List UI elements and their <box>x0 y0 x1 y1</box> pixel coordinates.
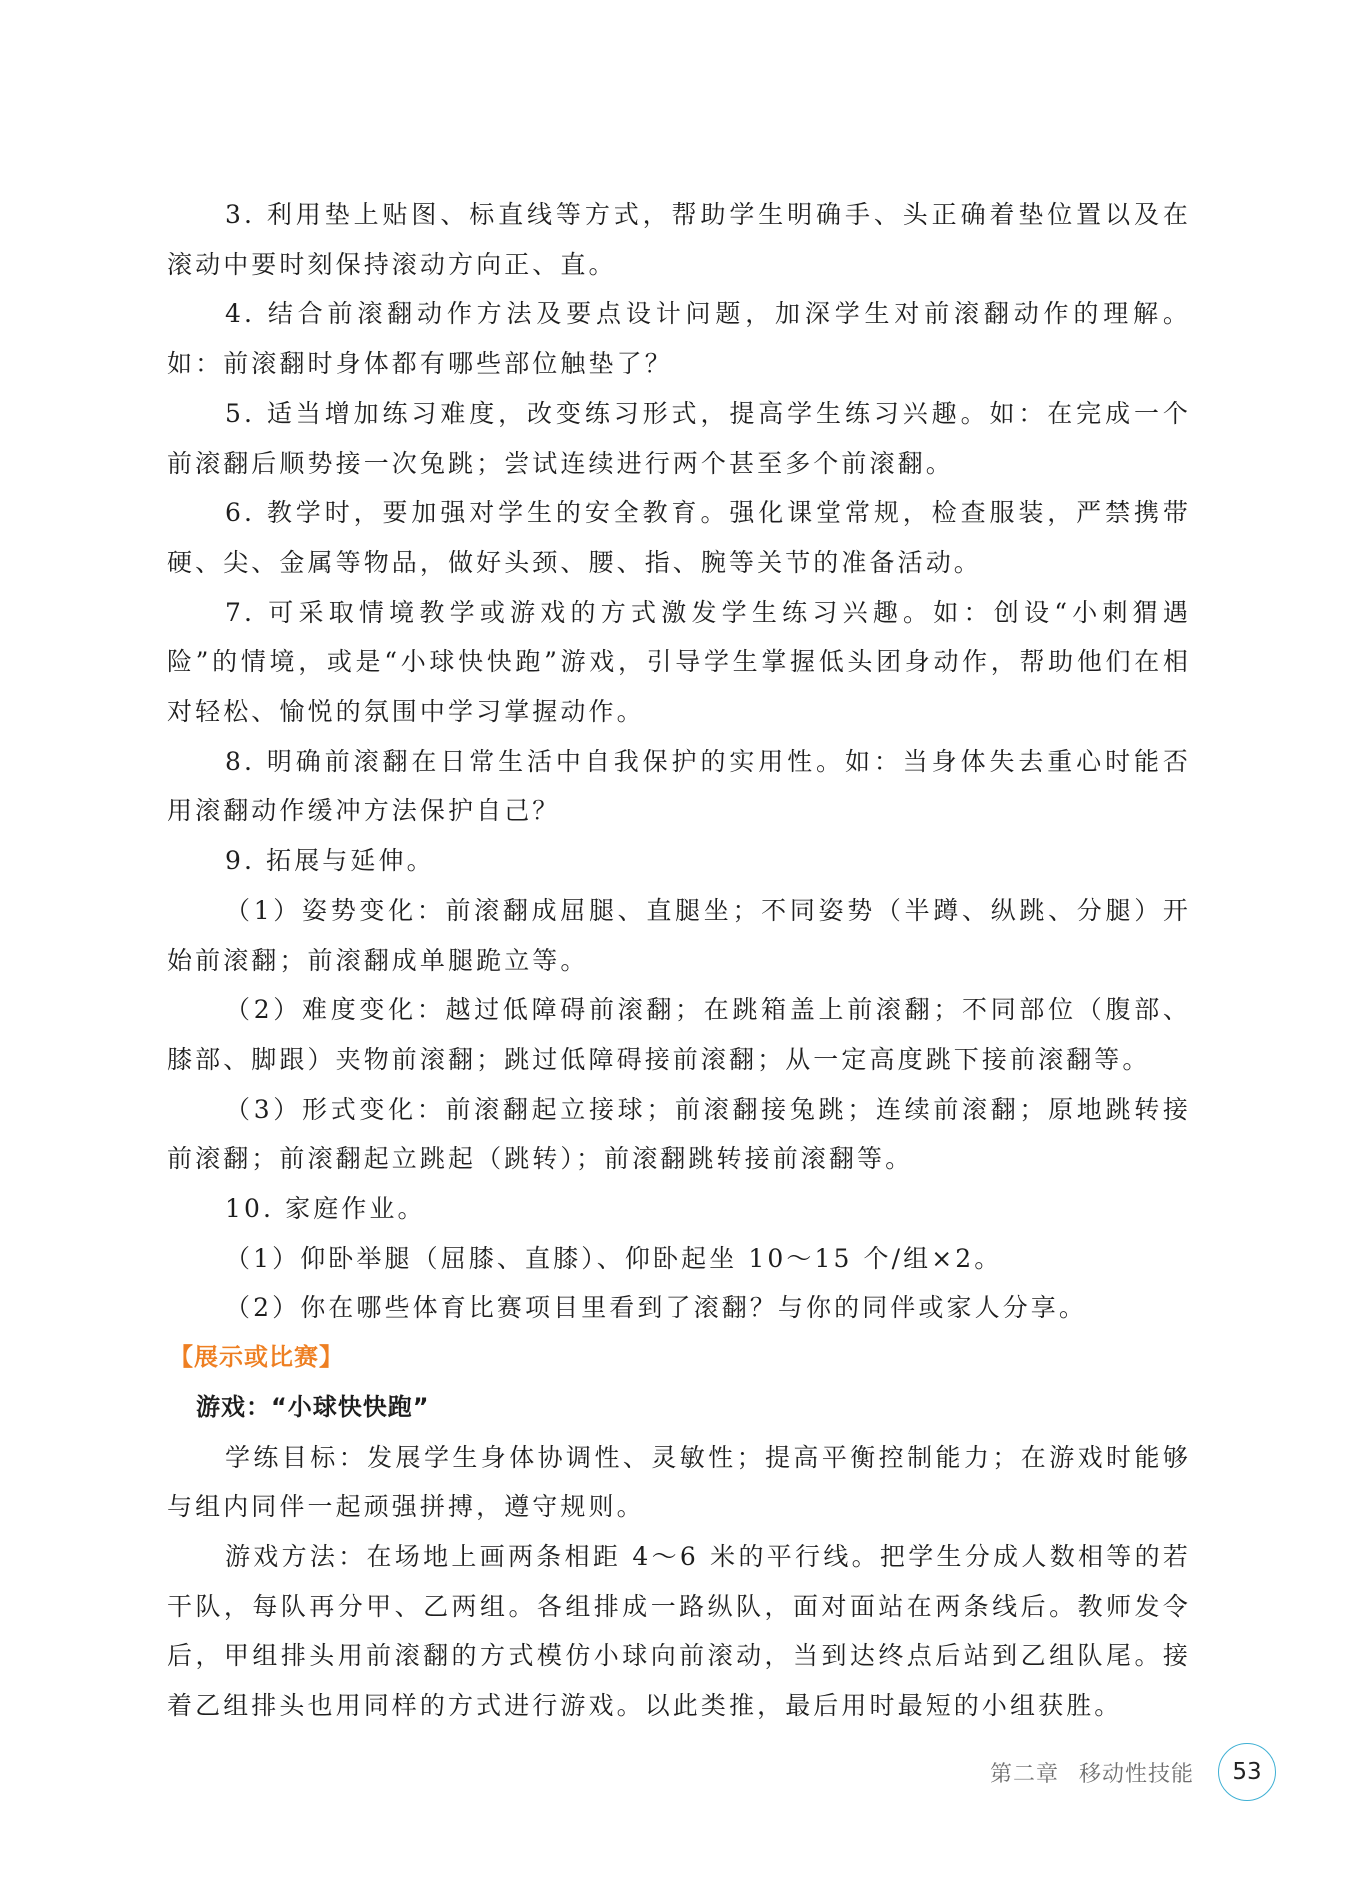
paragraph-7: 7. 可采取情境教学或游戏的方式激发学生练习兴趣。如：创设“小刺猬遇险”的情境，… <box>167 588 1191 737</box>
page-number-badge: 53 <box>1218 1743 1276 1801</box>
paragraph-8: 8. 明确前滚翻在日常生活中自我保护的实用性。如：当身体失去重心时能否用滚翻动作… <box>167 737 1191 836</box>
paragraph-4: 4. 结合前滚翻动作方法及要点设计问题，加深学生对前滚翻动作的理解。如：前滚翻时… <box>167 289 1191 388</box>
chapter-title: 移动性技能 <box>1079 1762 1194 1787</box>
section-title-show-or-compete: 【展示或比赛】 <box>169 1333 1191 1383</box>
paragraph-10: 10. 家庭作业。 <box>167 1184 1191 1234</box>
game-method: 游戏方法：在场地上画两条相距 4～6 米的平行线。把学生分成人数相等的若干队，每… <box>167 1532 1191 1731</box>
page-footer: 第二章移动性技能 53 <box>990 1738 1276 1806</box>
paragraph-9-1: （1）姿势变化：前滚翻成屈腿、直腿坐；不同姿势（半蹲、纵跳、分腿）开始前滚翻；前… <box>167 886 1191 985</box>
paragraph-6: 6. 教学时，要加强对学生的安全教育。强化课堂常规，检查服装，严禁携带硬、尖、金… <box>167 488 1191 587</box>
game-objective: 学练目标：发展学生身体协调性、灵敏性；提高平衡控制能力；在游戏时能够与组内同伴一… <box>167 1433 1191 1532</box>
game-title: 游戏：“小球快快跑” <box>167 1383 1191 1433</box>
running-footer: 第二章移动性技能 <box>990 1757 1194 1788</box>
paragraph-5: 5. 适当增加练习难度，改变练习形式，提高学生练习兴趣。如：在完成一个前滚翻后顺… <box>167 389 1191 488</box>
paragraph-9-3: （3）形式变化：前滚翻起立接球；前滚翻接兔跳；连续前滚翻；原地跳转接前滚翻；前滚… <box>167 1085 1191 1184</box>
paragraph-10-1: （1）仰卧举腿（屈膝、直膝）、仰卧起坐 10～15 个/组×2。 <box>167 1234 1191 1284</box>
page-content: 3. 利用垫上贴图、标直线等方式，帮助学生明确手、头正确着垫位置以及在滚动中要时… <box>167 190 1191 1731</box>
paragraph-9: 9. 拓展与延伸。 <box>167 836 1191 886</box>
paragraph-9-2: （2）难度变化：越过低障碍前滚翻；在跳箱盖上前滚翻；不同部位（腹部、膝部、脚跟）… <box>167 985 1191 1084</box>
chapter-label: 第二章 <box>990 1762 1059 1787</box>
page-number: 53 <box>1232 1759 1261 1785</box>
paragraph-10-2: （2）你在哪些体育比赛项目里看到了滚翻？与你的同伴或家人分享。 <box>167 1283 1191 1333</box>
paragraph-3: 3. 利用垫上贴图、标直线等方式，帮助学生明确手、头正确着垫位置以及在滚动中要时… <box>167 190 1191 289</box>
